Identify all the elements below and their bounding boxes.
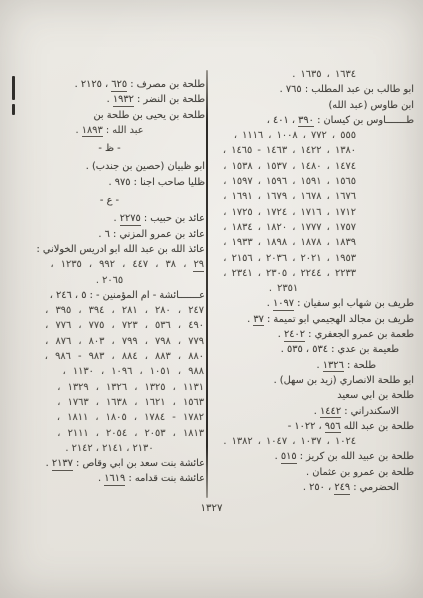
primary-page-ref: ١٣٢٦ — [323, 360, 344, 373]
index-line: عائد بن عمرو المزني : ٦ . — [14, 227, 205, 242]
primary-page-ref: ٢٩ — [193, 259, 204, 272]
section-header: - ظ - — [14, 141, 205, 156]
text-segment: ١٥٦٥ ، ١٥٩١ ، ١٥٩٦ ، ١٥٩٧ ، — [223, 176, 356, 187]
scan-artifact-mark — [12, 76, 15, 100]
text-segment: عائذ الله بن عبد الله ابو ادريس الخولاني… — [36, 244, 205, 255]
index-line: ظليا صاحب اجنا : ٩٧٥ . — [14, 175, 205, 190]
text-segment: ٨٨٠ ، ٨٨٣ ، ٨٨٤ ، ٩٨٣ - ٩٨٦ ، — [45, 351, 204, 362]
text-segment: طعيمة بن عدي : ٥٣٤ ، ٥٣٥ . — [281, 344, 399, 355]
primary-page-ref: ٢٢٧٥ — [120, 213, 141, 226]
index-line: طعيمة بن عدي : ٥٣٤ ، ٥٣٥ . — [211, 342, 399, 357]
text-segment: ابن طاوس (عبد الله) — [328, 100, 414, 111]
index-line: ٢١٣٠ ، ٢١٤١ ، ٢١٤٢ . — [14, 441, 205, 456]
index-line: عائشة بنت قدامه : ١٦١٩ . — [14, 471, 205, 486]
text-segment: ، ٢٥٠ . — [303, 482, 334, 493]
index-line: ٢٣٥١ . — [211, 281, 356, 296]
index-line: عائد بن حبيب : ٢٢٧٥ . — [14, 211, 205, 226]
index-line: ٧٧٩ ، ٧٩٨ ، ٧٩٩ ، ٨٠٣ ، ٨٧٦ ، — [14, 334, 205, 349]
index-line: ١٧١٢ ، ١٧١٦ ، ١٧٢٤ ، ١٧٢٥ ، — [211, 205, 356, 220]
index-line: طلحة بن عبيد الله بن كريز : ٥١٥ . — [211, 449, 414, 464]
text-segment: طلحة بن مصرف : — [127, 79, 205, 90]
index-line: ابو طالب بن عبد المطلب : ٧٦٥ . — [211, 82, 414, 97]
index-line: ١٩٥٣ ، ٢٠٢١ ، ٢٠٣٦ ، ٢١٥٦ ، — [211, 251, 356, 266]
text-segment: ابو طالب بن عبد المطلب : ٧٦٥ . — [280, 84, 414, 95]
text-segment: طلحة بن عمرو بن عثمان . — [306, 467, 414, 478]
text-segment: . — [275, 451, 281, 462]
index-column-right: ١٦٣٤ ، ١٦٣٥ .ابو طالب بن عبد المطلب : ٧٦… — [211, 67, 414, 495]
index-line: ١٧٥٧ ، ١٧٧٧ ، ١٨٢٠ ، ١٨٣٤ ، — [211, 220, 356, 235]
text-segment: طلحة بن عبد الله — [341, 421, 414, 432]
index-line: عبد الله : ١٨٩٣ . — [14, 123, 205, 138]
text-segment: ، ١٠٢٢ - — [288, 421, 325, 432]
index-line: الاسكندراني : ١٤٤٢ . — [211, 404, 399, 419]
index-line: طريف بن مجالد الهجيمي ابو تميمة : ٣٧ . — [211, 312, 414, 327]
text-segment: - ع - — [100, 195, 119, 206]
index-line: ١٧٨٢ - ١٧٨٤ ، ١٨٠٥ ، ١٨١١ ، — [14, 410, 205, 425]
index-line: ١٤٧٤ ، ١٤٨٠ ، ١٥٣٧ ، ١٥٣٨ ، — [211, 159, 356, 174]
text-segment: ٢٠٦٥ . — [96, 275, 123, 286]
text-segment: ١٥٦٣ ، ١٦٢١ ، ١٦٣٨ ، ١٧٦٣ ، — [57, 397, 204, 408]
text-segment: ١٧٨٢ - ١٧٨٤ ، ١٨٠٥ ، ١٨١١ ، — [57, 412, 204, 423]
text-segment: ٤٩٠ ، ٥٣٦ ، ٧٢٣ ، ٧٧٥ ، ٧٧٦ ، — [45, 320, 204, 331]
text-segment: ، ٤٠١ ، — [267, 115, 298, 126]
index-line: طلحة بن يحيى بن طلحة بن — [14, 108, 205, 123]
index-line: طلحة بن عبد الله ٩٥٦ ، ١٠٢٢ - — [211, 419, 414, 434]
text-segment: ٧٧٩ ، ٧٩٨ ، ٧٩٩ ، ٨٠٣ ، ٨٧٦ ، — [45, 336, 204, 347]
primary-page-ref: ٢٤٩ — [334, 482, 350, 495]
text-segment: عائشة بنت سعد بن ابي وقاص : — [73, 458, 205, 469]
primary-page-ref: ١٨٩٣ — [82, 125, 103, 138]
text-segment: ٢٤٧ ، ٢٨٠ ، ٢٨١ ، ٣٩٤ ، ٣٩٥ ، — [45, 305, 204, 316]
text-segment: ٩٨٨ ، ١٠٥١ ، ١٠٩٦ ، ١١٣٠ ، — [63, 366, 204, 377]
text-segment: ٢٢٣٣ ، ٢٢٤٤ ، ٢٣٠٥ ، ٢٣٤١ ، — [223, 268, 356, 279]
index-line: ابو ظبيان (حصين بن جندب) . — [14, 159, 205, 174]
text-segment: ، ٢١٢٥ . — [75, 79, 112, 90]
text-segment: ١٧١٢ ، ١٧١٦ ، ١٧٢٤ ، ١٧٢٥ ، — [223, 207, 356, 218]
index-line: ٢٢٣٣ ، ٢٢٤٤ ، ٢٣٠٥ ، ٢٣٤١ ، — [211, 266, 356, 281]
index-line: ٤٩٠ ، ٥٣٦ ، ٧٢٣ ، ٧٧٥ ، ٧٧٦ ، — [14, 318, 205, 333]
text-segment: الحضرمي : — [350, 482, 399, 493]
primary-page-ref: ٢٤٠٢ — [284, 329, 305, 342]
text-segment: ١٦٣٤ ، ١٦٣٥ . — [292, 69, 356, 80]
primary-page-ref: ١٠٩٧ — [273, 298, 294, 311]
index-line: ١٦٣٤ ، ١٦٣٥ . — [211, 67, 356, 82]
primary-page-ref: ٢١٣٧ — [52, 458, 73, 471]
index-line: ١٠٢٤ ، ١٠٣٧ ، ١٠٤٧ ، ١٣٨٢ . — [211, 434, 356, 449]
text-segment: ٢١٣٠ ، ٢١٤١ ، ٢١٤٢ . — [65, 443, 153, 454]
index-line: ١٨١٣ ، ٢٠٥٣ ، ٢٠٥٤ ، ٢١١١ ، — [14, 426, 205, 441]
scan-artifact-mark — [12, 104, 15, 115]
text-segment: . — [317, 360, 323, 371]
index-line: الحضرمي : ٢٤٩ ، ٢٥٠ . — [211, 480, 399, 495]
index-line: طلحة بن مصرف : ٦٢٥ ، ٢١٢٥ . — [14, 77, 205, 92]
index-line: طلحة بن عمرو بن عثمان . — [211, 465, 414, 480]
index-line: ٢٩ ، ٣٨ ، ٤٤٧ ، ٩٩٢ ، ١٢٣٥ ، — [14, 257, 205, 272]
index-line: طلحة بن ابي سعيد — [211, 388, 414, 403]
text-segment: ٥٥٥ ، ٧٧٢ ، ١٠٠٨ ، ١١١٦ ، — [234, 130, 356, 141]
text-segment: طلحة بن عبيد الله بن كريز : — [297, 451, 414, 462]
text-segment: . — [113, 213, 119, 224]
text-segment: ١٨١٣ ، ٢٠٥٣ ، ٢٠٥٤ ، ٢١١١ ، — [57, 428, 204, 439]
text-segment: عائد بن عمرو المزني : ٦ . — [98, 229, 205, 240]
index-line: طلحة بن النضر : ١٩٣٢ . — [14, 92, 205, 107]
text-segment: ١٠٢٤ ، ١٠٣٧ ، ١٠٤٧ ، ١٣٨٢ . — [223, 436, 356, 447]
text-segment: طريف بن شهاب ابو سفيان : — [294, 298, 414, 309]
index-line: ٥٥٥ ، ٧٧٢ ، ١٠٠٨ ، ١١١٦ ، — [211, 128, 356, 143]
text-segment: ١٩٥٣ ، ٢٠٢١ ، ٢٠٣٦ ، ٢١٥٦ ، — [223, 253, 356, 264]
text-segment: عـــــــائشة - ام المؤمنين - : ٥ ، ٢٤٦ ، — [50, 290, 205, 301]
text-segment: ١٨٣٩ ، ١٨٧٨ ، ١٨٩٨ ، ١٩٣٣ ، — [223, 237, 356, 248]
text-segment: . — [75, 125, 81, 136]
index-line: طـــــــاوس بن كيسان : ٣٩٠ ، ٤٠١ ، — [211, 113, 414, 128]
text-segment: . — [107, 94, 113, 105]
index-line: ١١٣١ ، ١٣٢٥ ، ١٣٢٦ ، ١٣٢٩ ، — [14, 380, 205, 395]
text-segment: - ظ - — [98, 143, 120, 154]
index-line: طلحة : ١٣٢٦ . — [211, 358, 376, 373]
text-segment: ، ٣٨ ، ٤٤٧ ، ٩٩٢ ، ١٢٣٥ ، — [50, 259, 193, 270]
text-segment: طلحة بن ابي سعيد — [337, 390, 414, 401]
index-line: ١٦٧٦ ، ١٦٧٨ ، ١٦٧٩ ، ١٦٩١ ، — [211, 189, 356, 204]
index-line: ابن طاوس (عبد الله) — [211, 98, 414, 113]
index-line: عـــــــائشة - ام المؤمنين - : ٥ ، ٢٤٦ ، — [14, 288, 205, 303]
text-segment: ١١٣١ ، ١٣٢٥ ، ١٣٢٦ ، ١٣٢٩ ، — [57, 382, 204, 393]
text-segment: طريف بن مجالد الهجيمي ابو تميمة : — [264, 314, 414, 325]
scanned-index-page: { "page_number": "١٣٢٧", "columns": { "r… — [0, 0, 423, 598]
text-segment: عبد الله : — [103, 125, 144, 136]
index-line: ١٥٦٣ ، ١٦٢١ ، ١٦٣٨ ، ١٧٦٣ ، — [14, 395, 205, 410]
text-segment: ١٦٧٦ ، ١٦٧٨ ، ١٦٧٩ ، ١٦٩١ ، — [223, 191, 356, 202]
text-segment: طعمة بن عمرو الجعفري : — [305, 329, 414, 340]
primary-page-ref: ٦٢٥ — [111, 79, 127, 92]
text-segment: ١٣٨٠ ، ١٤٢٢ ، ١٤٦٣ - ١٤٦٥ ، — [223, 145, 356, 156]
text-segment: طلحة : — [344, 360, 376, 371]
index-line: ١٥٦٥ ، ١٥٩١ ، ١٥٩٦ ، ١٥٩٧ ، — [211, 174, 356, 189]
text-segment: عائشة بنت قدامه : — [125, 473, 205, 484]
text-segment: عائد بن حبيب : — [141, 213, 205, 224]
index-line: ١٣٨٠ ، ١٤٢٢ ، ١٤٦٣ - ١٤٦٥ ، — [211, 143, 356, 158]
text-segment: طـــــــاوس بن كيسان : — [314, 115, 414, 126]
text-segment: طلحة بن يحيى بن طلحة بن — [93, 110, 205, 121]
text-segment: ظليا صاحب اجنا : ٩٧٥ . — [109, 177, 205, 188]
primary-page-ref: ٣٩٠ — [298, 115, 314, 128]
primary-page-ref: ١٩٣٢ — [113, 94, 134, 107]
index-line: عائشة بنت سعد بن ابي وقاص : ٢١٣٧ . — [14, 456, 205, 471]
text-segment: ٢٣٥١ . — [269, 283, 298, 294]
page-number: ١٣٢٧ — [0, 503, 423, 514]
text-segment: ١٧٥٧ ، ١٧٧٧ ، ١٨٢٠ ، ١٨٣٤ ، — [223, 222, 356, 233]
text-segment: الاسكندراني : — [341, 406, 399, 417]
index-line: ابو طلحة الانصاري (زيد بن سهل) . — [211, 373, 414, 388]
text-segment: ابو ظبيان (حصين بن جندب) . — [86, 161, 205, 172]
index-line: عائذ الله بن عبد الله ابو ادريس الخولاني… — [14, 242, 205, 257]
primary-page-ref: ٣٧ — [253, 314, 264, 327]
section-header: - ع - — [14, 193, 205, 208]
index-line: ٩٨٨ ، ١٠٥١ ، ١٠٩٦ ، ١١٣٠ ، — [14, 364, 205, 379]
primary-page-ref: ١٤٤٢ — [320, 406, 341, 419]
index-line: ٢٤٧ ، ٢٨٠ ، ٢٨١ ، ٣٩٤ ، ٣٩٥ ، — [14, 303, 205, 318]
index-line: طعمة بن عمرو الجعفري : ٢٤٠٢ . — [211, 327, 414, 342]
text-segment: . — [46, 458, 52, 469]
primary-page-ref: ٩٥٦ — [325, 421, 341, 434]
index-line: ٢٠٦٥ . — [14, 273, 205, 288]
primary-page-ref: ١٦١٩ — [104, 473, 125, 486]
text-segment: ١٤٧٤ ، ١٤٨٠ ، ١٥٣٧ ، ١٥٣٨ ، — [223, 161, 356, 172]
primary-page-ref: ٥١٥ — [281, 451, 297, 464]
index-line: طريف بن شهاب ابو سفيان : ١٠٩٧ . — [211, 296, 414, 311]
text-segment: طلحة بن النضر : — [134, 94, 205, 105]
index-column-left: طلحة بن مصرف : ٦٢٥ ، ٢١٢٥ .طلحة بن النضر… — [14, 77, 205, 487]
index-line: ٨٨٠ ، ٨٨٣ ، ٨٨٤ ، ٩٨٣ - ٩٨٦ ، — [14, 349, 205, 364]
index-line: ١٨٣٩ ، ١٨٧٨ ، ١٨٩٨ ، ١٩٣٣ ، — [211, 235, 356, 250]
text-segment: ابو طلحة الانصاري (زيد بن سهل) . — [274, 375, 414, 386]
